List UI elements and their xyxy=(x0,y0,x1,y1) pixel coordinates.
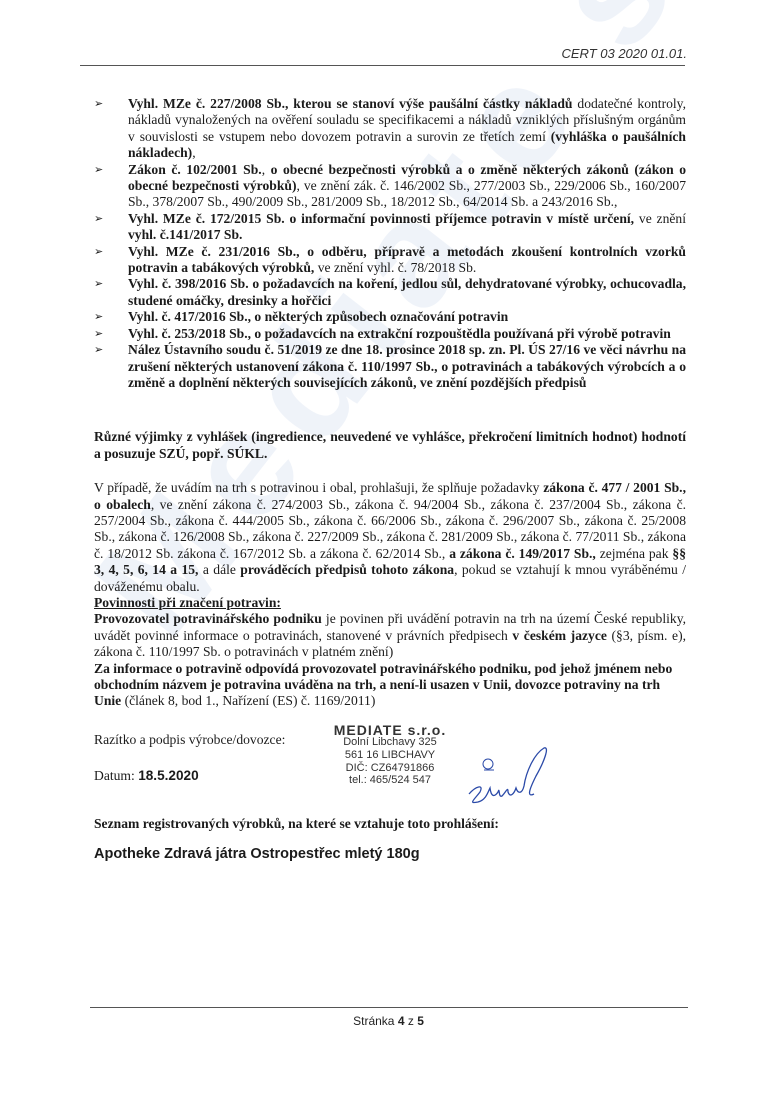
text: V případě, že uvádím na trh s potravinou… xyxy=(94,480,543,495)
total-pages: 5 xyxy=(417,1014,424,1028)
arrow-bullet-icon: ➢ xyxy=(94,96,103,112)
arrow-bullet-icon: ➢ xyxy=(94,211,103,227)
arrow-bullet-icon: ➢ xyxy=(94,309,103,325)
page-separator: z xyxy=(405,1014,418,1028)
document-body: ➢Vyhl. MZe č. 227/2008 Sb., kterou se st… xyxy=(94,96,686,863)
text: ve znění vyhl. č. 78/2018 Sb. xyxy=(314,260,476,275)
stamp-company-name: MEDIATE s.r.o. xyxy=(320,724,460,737)
text: ve znění xyxy=(634,211,686,226)
text: v českém jazyce xyxy=(512,628,606,643)
law-item: ➢Vyhl. MZe č. 231/2016 Sb., o odběru, př… xyxy=(94,244,686,277)
date-label: Datum: xyxy=(94,768,138,783)
page-prefix: Stránka xyxy=(353,1014,398,1028)
company-stamp: MEDIATE s.r.o. Dolní Libchavy 325 561 16… xyxy=(320,724,460,787)
arrow-bullet-icon: ➢ xyxy=(94,162,103,178)
arrow-bullet-icon: ➢ xyxy=(94,342,103,358)
stamp-vat: DIČ: CZ64791866 xyxy=(320,762,460,775)
text: Vyhl. č. 253/2018 Sb., o požadavcích na … xyxy=(128,326,671,341)
text: Vyhl. MZe č. 227/2008 Sb., kterou se sta… xyxy=(128,96,573,111)
date-value: 18.5.2020 xyxy=(138,768,198,783)
signature-block: Razítko a podpis výrobce/dovozce: Datum:… xyxy=(94,724,686,816)
law-item: ➢Vyhl. č. 253/2018 Sb., o požadavcích na… xyxy=(94,326,686,342)
products-label: Seznam registrovaných výrobků, na které … xyxy=(94,816,686,832)
stamp-city: 561 16 LIBCHAVY xyxy=(320,749,460,762)
product-item: Apotheke Zdravá játra Ostropestřec mletý… xyxy=(94,846,686,862)
text: Vyhl. MZe č. 172/2015 Sb. o informační p… xyxy=(128,211,634,226)
labeling-obligation: Provozovatel potravinářského podniku je … xyxy=(94,611,686,660)
text: Zákon č. 102/2001 Sb. xyxy=(128,162,262,177)
date-field: Datum: 18.5.2020 xyxy=(94,768,199,784)
law-item: ➢Vyhl. MZe č. 227/2008 Sb., kterou se st… xyxy=(94,96,686,162)
header-divider xyxy=(80,65,685,66)
text: zejména pak xyxy=(596,546,673,561)
exceptions-note: Různé výjimky z vyhlášek (ingredience, n… xyxy=(94,429,686,462)
text: (článek 8, bod 1., Nařízení (ES) č. 1169… xyxy=(121,693,375,708)
text: , xyxy=(262,162,271,177)
arrow-bullet-icon: ➢ xyxy=(94,326,103,342)
signature-icon xyxy=(464,742,554,812)
text: prováděcích předpisů tohoto zákona xyxy=(240,562,454,577)
labeling-responsibility: Za informace o potravině odpovídá provoz… xyxy=(94,661,686,710)
law-list: ➢Vyhl. MZe č. 227/2008 Sb., kterou se st… xyxy=(94,96,686,391)
arrow-bullet-icon: ➢ xyxy=(94,276,103,292)
text: Vyhl. č. 417/2016 Sb., o některých způso… xyxy=(128,309,508,324)
law-item: ➢Vyhl. č. 417/2016 Sb., o některých způs… xyxy=(94,309,686,325)
stamp-phone: tel.: 465/524 547 xyxy=(320,774,460,787)
text: vyhl. č.141/2017 Sb. xyxy=(128,227,242,242)
text: Nález Ústavního soudu č. 51/2019 ze dne … xyxy=(128,342,686,390)
law-item: ➢Vyhl. MZe č. 172/2015 Sb. o informační … xyxy=(94,211,686,244)
law-item: ➢Nález Ústavního soudu č. 51/2019 ze dne… xyxy=(94,342,686,391)
stamp-address: Dolní Libchavy 325 xyxy=(320,736,460,749)
text: a dále xyxy=(198,562,240,577)
footer-divider xyxy=(90,1007,688,1008)
text: a zákona č. 149/2017 Sb., xyxy=(449,546,596,561)
packaging-declaration: V případě, že uvádím na trh s potravinou… xyxy=(94,480,686,595)
arrow-bullet-icon: ➢ xyxy=(94,244,103,260)
text: , xyxy=(192,145,195,160)
text: Provozovatel potravinářského podniku xyxy=(94,611,322,626)
law-item: ➢Zákon č. 102/2001 Sb., o obecné bezpečn… xyxy=(94,162,686,211)
stamp-label: Razítko a podpis výrobce/dovozce: xyxy=(94,732,285,748)
law-item: ➢Vyhl. č. 398/2016 Sb. o požadavcích na … xyxy=(94,276,686,309)
page-number: Stránka 4 z 5 xyxy=(0,1014,777,1028)
labeling-heading: Povinnosti při značení potravin: xyxy=(94,595,686,611)
document-code: CERT 03 2020 01.01. xyxy=(90,46,687,61)
text: Vyhl. č. 398/2016 Sb. o požadavcích na k… xyxy=(128,276,686,307)
current-page: 4 xyxy=(398,1014,405,1028)
